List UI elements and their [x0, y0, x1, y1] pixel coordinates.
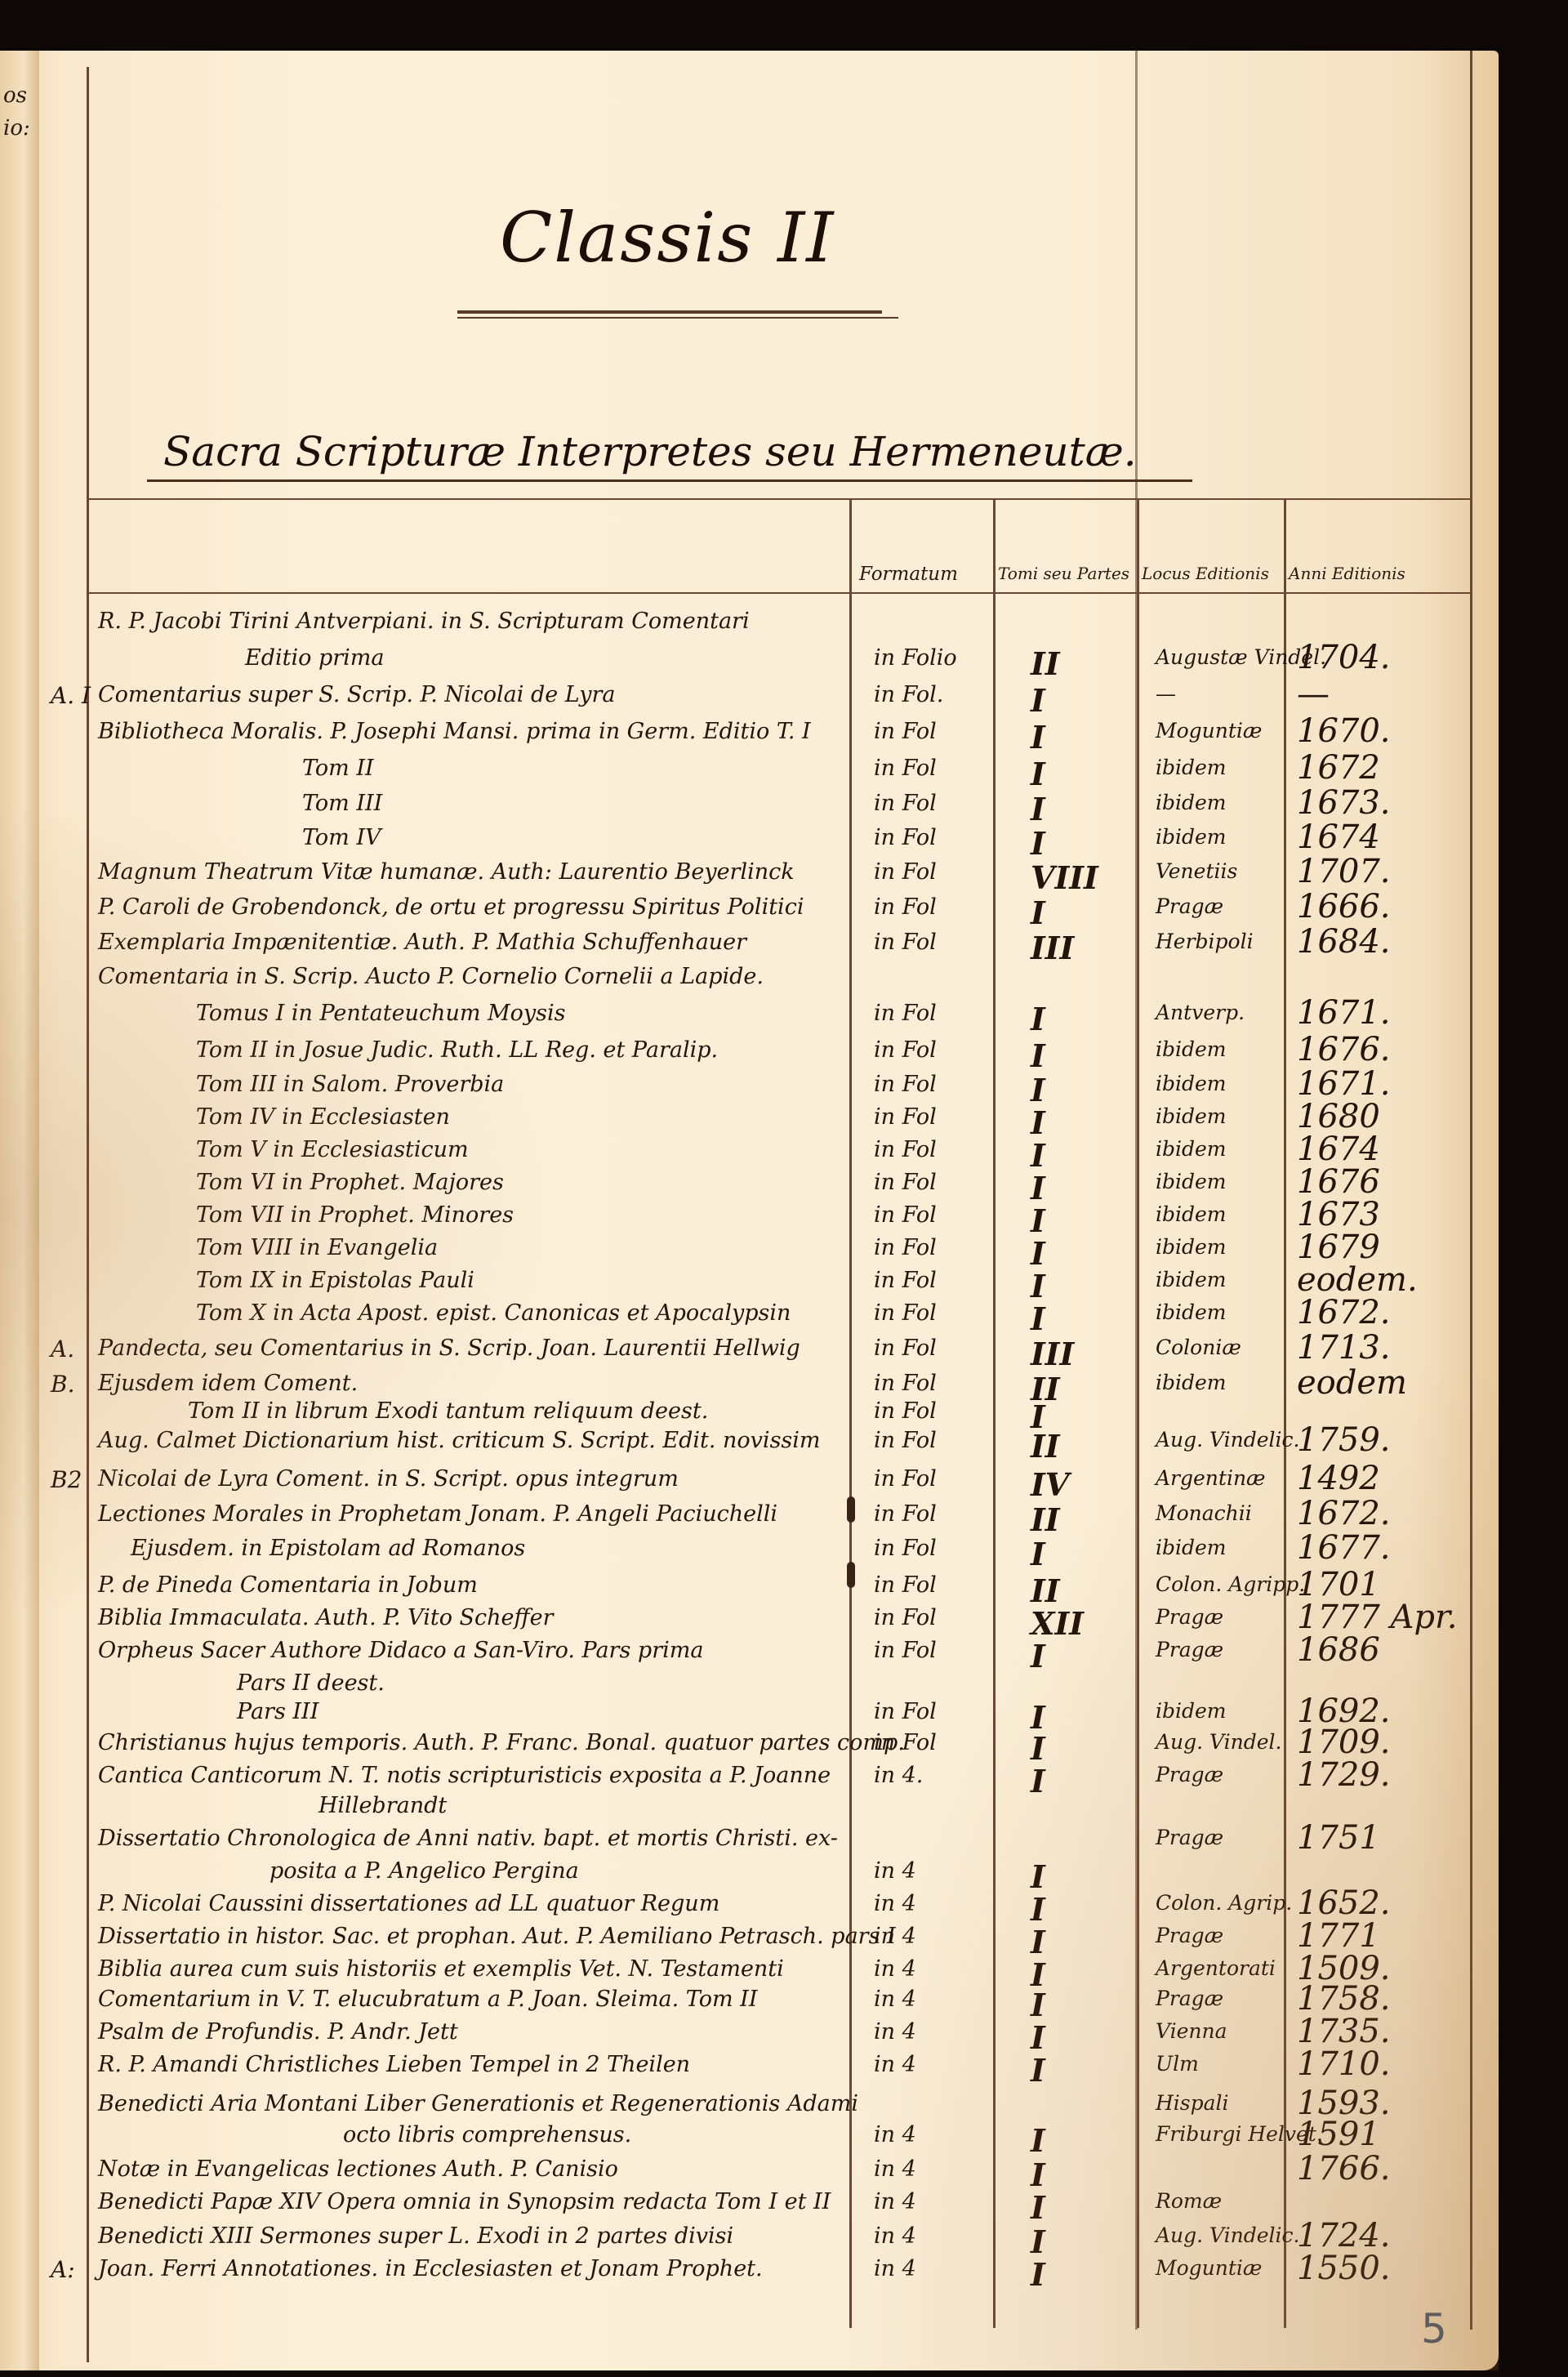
- entry-year: 1751: [1297, 1819, 1380, 1857]
- entry-locus: ibidem: [1156, 1202, 1227, 1226]
- entry-title: Magnum Theatrum Vitæ humanæ. Auth: Laure…: [98, 859, 795, 885]
- catalogue-row: Tom II in librum Exodi tantum reliquum d…: [0, 1398, 1499, 1431]
- catalogue-row: Tom IX in Epistolas Pauliin FolIibidemeo…: [0, 1268, 1499, 1300]
- entry-tomi: I: [1031, 682, 1045, 719]
- catalogue-row: Exemplaria Impænitentiæ. Auth. P. Mathia…: [0, 930, 1499, 962]
- entry-format: in Fol: [874, 1001, 937, 1026]
- entry-format: in Folio: [874, 645, 957, 671]
- entry-locus: ibidem: [1156, 1300, 1227, 1324]
- entry-locus: Aug. Vindel.: [1156, 1730, 1282, 1754]
- entry-tomi: II: [1031, 1501, 1060, 1538]
- entry-title: Christianus hujus temporis. Auth. P. Fra…: [98, 1730, 905, 1755]
- entry-title: Tom IX in Epistolas Pauli: [196, 1268, 474, 1293]
- entry-format: in 4: [874, 1858, 916, 1884]
- entry-tomi: I: [1031, 1858, 1045, 1895]
- entry-title: Pandecta, seu Comentarius in S. Scrip. J…: [98, 1336, 800, 1361]
- entry-year: 1492: [1297, 1460, 1380, 1497]
- entry-title: Tom II: [302, 756, 374, 781]
- header-bottom-rule: [87, 592, 1470, 594]
- entry-year: 1677.: [1297, 1529, 1391, 1567]
- entry-title: P. Caroli de Grobendonck, de ortu et pro…: [98, 894, 804, 920]
- page-number: 5: [1421, 2305, 1447, 2352]
- entry-format: in Fol: [874, 1730, 937, 1755]
- entry-tomi: I: [1031, 1987, 1045, 2023]
- entry-year: 1729.: [1297, 1756, 1391, 1794]
- catalogue-row: Bibliotheca Moralis. P. Josephi Mansi. p…: [0, 719, 1499, 751]
- entry-title: Notæ in Evangelicas lectiones Auth. P. C…: [98, 2156, 618, 2182]
- entry-tomi: I: [1031, 1924, 1045, 1960]
- entry-locus: Monachii: [1156, 1501, 1252, 1525]
- entry-title: Pars II deest.: [237, 1670, 385, 1696]
- column-header-annus: Anni Editionis: [1289, 564, 1405, 583]
- entry-tomi: I: [1031, 1638, 1045, 1675]
- margin-shelfmark: A:: [51, 2256, 75, 2283]
- entry-year: 1766.: [1297, 2150, 1391, 2187]
- entry-title: Lectiones Morales in Prophetam Jonam. P.…: [98, 1501, 777, 1527]
- catalogue-row: Tom VII in Prophet. Minoresin FolIibidem…: [0, 1202, 1499, 1235]
- catalogue-row: Biblia Immaculata. Auth. P. Vito Scheffe…: [0, 1605, 1499, 1638]
- entry-title: Pars III: [237, 1699, 318, 1724]
- entry-format: in 4: [874, 2223, 916, 2249]
- entry-locus: Colon. Agripp.: [1156, 1572, 1305, 1596]
- entry-format: in Fol: [874, 756, 937, 781]
- entry-title: Tom III in Salom. Proverbia: [196, 1072, 504, 1097]
- entry-tomi: II: [1031, 645, 1060, 682]
- classis-title: Classis II: [500, 198, 835, 278]
- entry-locus: ibidem: [1156, 1699, 1227, 1723]
- entry-format: in 4: [874, 1891, 916, 1916]
- entry-locus: Aug. Vindelic.: [1156, 2223, 1300, 2247]
- catalogue-row: P. de Pineda Comentaria in Jobumin FolII…: [0, 1572, 1499, 1605]
- header-top-rule: [87, 498, 1470, 500]
- manuscript-page: os io: Classis II Sacra Scripturæ Interp…: [0, 51, 1499, 2370]
- entry-tomi: I: [1031, 2052, 1045, 2089]
- entry-title: P. de Pineda Comentaria in Jobum: [98, 1572, 478, 1598]
- entry-tomi: I: [1031, 1202, 1045, 1239]
- entry-year: 1671.: [1297, 994, 1391, 1032]
- entry-title: Exemplaria Impænitentiæ. Auth. P. Mathia…: [98, 930, 746, 955]
- entry-title: octo libris comprehensus.: [343, 2122, 631, 2147]
- entry-title: Nicolai de Lyra Coment. in S. Script. op…: [98, 1466, 679, 1492]
- entry-year: 1550.: [1297, 2250, 1391, 2287]
- entry-tomi: I: [1031, 1730, 1045, 1767]
- section-subtitle: Sacra Scripturæ Interpretes seu Hermeneu…: [163, 428, 1137, 475]
- entry-year: 1672.: [1297, 1495, 1391, 1532]
- facing-page-fragment: os: [3, 83, 27, 108]
- entry-tomi: I: [1031, 719, 1045, 756]
- catalogue-row: Psalm de Profundis. P. Andr. Jettin 4IVi…: [0, 2019, 1499, 2052]
- entry-locus: Herbipoli: [1156, 930, 1254, 953]
- entry-locus: Antverp.: [1156, 1001, 1245, 1024]
- entry-format: in Fol: [874, 1699, 937, 1724]
- entry-locus: ibidem: [1156, 1536, 1227, 1559]
- entry-tomi: III: [1031, 930, 1074, 966]
- catalogue-row: Christianus hujus temporis. Auth. P. Fra…: [0, 1730, 1499, 1763]
- entry-locus: Argentinæ: [1156, 1466, 1266, 1490]
- entry-year: 1674: [1297, 818, 1380, 856]
- entry-format: in Fol: [874, 1037, 937, 1063]
- catalogue-row: A.Pandecta, seu Comentarius in S. Scrip.…: [0, 1336, 1499, 1368]
- catalogue-row: posita a P. Angelico Perginain 4I: [0, 1858, 1499, 1891]
- catalogue-row: Benedicti XIII Sermones super L. Exodi i…: [0, 2223, 1499, 2256]
- entry-locus: Coloniæ: [1156, 1336, 1241, 1359]
- entry-tomi: XII: [1031, 1605, 1084, 1642]
- entry-locus: ibidem: [1156, 1072, 1227, 1095]
- entry-title: Hillebrandt: [318, 1793, 447, 1818]
- catalogue-row: Pars IIIin FolIibidem1692.: [0, 1699, 1499, 1732]
- entry-format: in 4: [874, 2052, 916, 2077]
- entry-year: 1686: [1297, 1631, 1380, 1669]
- entry-locus: Pragæ: [1156, 1605, 1223, 1629]
- entry-title: Tom VII in Prophet. Minores: [196, 1202, 514, 1228]
- entry-format: in 4: [874, 1987, 916, 2012]
- title-underline: [457, 310, 882, 314]
- entry-locus: Colon. Agrip.: [1156, 1891, 1292, 1915]
- entry-tomi: I: [1031, 825, 1045, 862]
- entry-year: 1704.: [1297, 639, 1391, 676]
- catalogue-row: Tom X in Acta Apost. epist. Canonicas et…: [0, 1300, 1499, 1333]
- entry-format: in Fol: [874, 1072, 937, 1097]
- entry-tomi: I: [1031, 1170, 1045, 1206]
- entry-format: in 4.: [874, 1763, 923, 1788]
- catalogue-row: octo libris comprehensus.in 4IFriburgi H…: [0, 2122, 1499, 2155]
- entry-tomi: I: [1031, 1072, 1045, 1108]
- entry-tomi: I: [1031, 1300, 1045, 1337]
- entry-tomi: I: [1031, 2156, 1045, 2193]
- entry-locus: ibidem: [1156, 1268, 1227, 1291]
- entry-locus: ibidem: [1156, 1371, 1227, 1394]
- catalogue-row: Tom IIin FolIibidem1672: [0, 756, 1499, 788]
- catalogue-row: Lectiones Morales in Prophetam Jonam. P.…: [0, 1501, 1499, 1534]
- column-header-tomi: Tomi seu Partes: [998, 564, 1129, 583]
- entry-format: in Fol: [874, 1371, 937, 1396]
- entry-format: in Fol: [874, 791, 937, 816]
- entry-locus: Moguntiæ: [1156, 719, 1262, 743]
- entry-title: Aug. Calmet Dictionarium hist. criticum …: [98, 1428, 821, 1453]
- margin-shelfmark: A.: [51, 1336, 74, 1362]
- catalogue-row: Tom IVin FolIibidem1674: [0, 825, 1499, 858]
- entry-locus: Pragæ: [1156, 1763, 1223, 1786]
- entry-title: Tom VIII in Evangelia: [196, 1235, 438, 1260]
- entry-title: Tom III: [302, 791, 382, 816]
- entry-locus: Venetiis: [1156, 859, 1237, 883]
- entry-title: Tom VI in Prophet. Majores: [196, 1170, 504, 1195]
- entry-title: Orpheus Sacer Authore Didaco a San-Viro.…: [98, 1638, 703, 1663]
- entry-tomi: I: [1031, 1235, 1045, 1272]
- entry-title: P. Nicolai Caussini dissertationes ad LL…: [98, 1891, 719, 1916]
- catalogue-row: Benedicti Papæ XIV Opera omnia in Synops…: [0, 2189, 1499, 2222]
- entry-tomi: IV: [1031, 1466, 1069, 1503]
- catalogue-row: Tom IIIin FolIibidem1673.: [0, 791, 1499, 823]
- catalogue-row: Tomus I in Pentateuchum Moysisin FolIAnt…: [0, 1001, 1499, 1033]
- entry-format: in Fol.: [874, 682, 943, 707]
- entry-format: in 4: [874, 2256, 916, 2281]
- entry-tomi: I: [1031, 1037, 1045, 1074]
- entry-year: 1684.: [1297, 923, 1391, 961]
- entry-title: Benedicti Aria Montani Liber Generationi…: [98, 2091, 858, 2116]
- entry-tomi: III: [1031, 1336, 1074, 1372]
- entry-locus: ibidem: [1156, 1235, 1227, 1259]
- entry-title: Bibliotheca Moralis. P. Josephi Mansi. p…: [98, 719, 811, 744]
- entry-title: Comentarium in V. T. elucubratum a P. Jo…: [98, 1987, 758, 2012]
- entry-title: Dissertatio in histor. Sac. et prophan. …: [98, 1924, 896, 1949]
- entry-tomi: I: [1031, 791, 1045, 827]
- catalogue-row: Cantica Canticorum N. T. notis scripturi…: [0, 1763, 1499, 1795]
- entry-title: Benedicti Papæ XIV Opera omnia in Synops…: [98, 2189, 831, 2214]
- entry-locus: ibidem: [1156, 1037, 1227, 1061]
- entry-format: in Fol: [874, 894, 937, 920]
- entry-format: in Fol: [874, 1170, 937, 1195]
- entry-title: Tom II in librum Exodi tantum reliquum d…: [188, 1398, 708, 1424]
- entry-format: in Fol: [874, 825, 937, 850]
- entry-title: Comentaria in S. Scrip. Aucto P. Corneli…: [98, 964, 764, 989]
- entry-year: 1672.: [1297, 1294, 1391, 1331]
- entry-tomi: I: [1031, 1001, 1045, 1037]
- catalogue-row: Orpheus Sacer Authore Didaco a San-Viro.…: [0, 1638, 1499, 1670]
- entry-year: 1713.: [1297, 1329, 1391, 1367]
- entry-locus: —: [1156, 682, 1176, 706]
- entry-tomi: I: [1031, 1268, 1045, 1304]
- entry-title: Ejusdem idem Coment.: [98, 1371, 358, 1396]
- entry-locus: ibidem: [1156, 1137, 1227, 1161]
- entry-locus: Aug. Vindelic.: [1156, 1428, 1300, 1452]
- entry-locus: Moguntiæ: [1156, 2256, 1262, 2280]
- entry-locus: Vienna: [1156, 2019, 1227, 2043]
- entry-locus: Argentorati: [1156, 1956, 1276, 1980]
- entry-year: 1672: [1297, 749, 1380, 787]
- catalogue-row: Dissertatio in histor. Sac. et prophan. …: [0, 1924, 1499, 1956]
- catalogue-row: Magnum Theatrum Vitæ humanæ. Auth: Laure…: [0, 859, 1499, 892]
- entry-year: 1707.: [1297, 853, 1391, 890]
- entry-format: in 4: [874, 2156, 916, 2182]
- entry-format: in 4: [874, 1956, 916, 1982]
- entry-format: in Fol: [874, 1398, 937, 1424]
- entry-format: in Fol: [874, 1268, 937, 1293]
- entry-tomi: I: [1031, 756, 1045, 792]
- catalogue-row: B2Nicolai de Lyra Coment. in S. Script. …: [0, 1466, 1499, 1499]
- entry-title: Tom X in Acta Apost. epist. Canonicas et…: [196, 1300, 791, 1326]
- catalogue-row: A:Joan. Ferri Annotationes. in Ecclesias…: [0, 2256, 1499, 2289]
- catalogue-row: Benedicti Aria Montani Liber Generationi…: [0, 2091, 1499, 2124]
- entry-tomi: I: [1031, 1536, 1045, 1572]
- catalogue-row: Tom III in Salom. Proverbiain FolIibidem…: [0, 1072, 1499, 1104]
- entry-format: in Fol: [874, 1572, 937, 1598]
- catalogue-row: Comentarium in V. T. elucubratum a P. Jo…: [0, 1987, 1499, 2019]
- entry-format: in 4: [874, 2019, 916, 2045]
- entry-locus: ibidem: [1156, 825, 1227, 849]
- title-underline: [457, 317, 898, 319]
- entry-format: in Fol: [874, 1428, 937, 1453]
- entry-title: Benedicti XIII Sermones super L. Exodi i…: [98, 2223, 733, 2249]
- entry-locus: Ulm: [1156, 2052, 1199, 2076]
- catalogue-row: Comentaria in S. Scrip. Aucto P. Corneli…: [0, 964, 1499, 997]
- entry-tomi: I: [1031, 1891, 1045, 1928]
- catalogue-row: Tom VI in Prophet. Majoresin FolIibidem1…: [0, 1170, 1499, 1202]
- entry-title: Tom V in Ecclesiasticum: [196, 1137, 469, 1162]
- entry-format: in Fol: [874, 1104, 937, 1130]
- catalogue-row: Tom IV in Ecclesiastenin FolIibidem1680: [0, 1104, 1499, 1137]
- entry-tomi: I: [1031, 1137, 1045, 1174]
- entry-title: R. P. Jacobi Tirini Antverpiani. in S. S…: [98, 609, 750, 634]
- catalogue-row: Notæ in Evangelicas lectiones Auth. P. C…: [0, 2156, 1499, 2189]
- entry-format: in 4: [874, 2189, 916, 2214]
- entry-format: in Fol: [874, 930, 937, 955]
- subtitle-underline: [147, 479, 1192, 482]
- entry-year: 1673.: [1297, 784, 1391, 822]
- entry-title: Tom IV: [302, 825, 381, 850]
- entry-format: in Fol: [874, 1137, 937, 1162]
- entry-tomi: I: [1031, 2019, 1045, 2056]
- facing-page-fragment: io:: [3, 116, 30, 140]
- entry-tomi: II: [1031, 1572, 1060, 1609]
- catalogue-row: Ejusdem. in Epistolam ad Romanosin FolIi…: [0, 1536, 1499, 1568]
- column-header-locus: Locus Editionis: [1142, 564, 1269, 583]
- entry-format: in Fol: [874, 1300, 937, 1326]
- catalogue-row: P. Caroli de Grobendonck, de ortu et pro…: [0, 894, 1499, 927]
- entry-tomi: I: [1031, 2122, 1045, 2159]
- entry-title: Biblia Immaculata. Auth. P. Vito Scheffe…: [98, 1605, 554, 1630]
- catalogue-row: Tom VIII in Evangeliain FolIibidem1679: [0, 1235, 1499, 1268]
- catalogue-row: R. P. Jacobi Tirini Antverpiani. in S. S…: [0, 609, 1499, 641]
- entry-tomi: II: [1031, 1428, 1060, 1465]
- entry-format: in Fol: [874, 1235, 937, 1260]
- entry-locus: Pragæ: [1156, 1826, 1223, 1849]
- entry-format: in Fol: [874, 1202, 937, 1228]
- catalogue-row: Aug. Calmet Dictionarium hist. criticum …: [0, 1428, 1499, 1461]
- entry-title: Biblia aurea cum suis historiis et exemp…: [98, 1956, 784, 1982]
- entry-title: Dissertatio Chronologica de Anni nativ. …: [98, 1826, 838, 1851]
- entry-format: in Fol: [874, 859, 937, 885]
- entry-format: in Fol: [874, 1605, 937, 1630]
- entry-title: R. P. Amandi Christliches Lieben Tempel …: [98, 2052, 690, 2077]
- entry-tomi: I: [1031, 2189, 1045, 2226]
- catalogue-row: R. P. Amandi Christliches Lieben Tempel …: [0, 2052, 1499, 2085]
- entry-year: eodem: [1297, 1364, 1407, 1402]
- entry-title: Tomus I in Pentateuchum Moysis: [196, 1001, 566, 1026]
- catalogue-row: Tom II in Josue Judic. Ruth. LL Reg. et …: [0, 1037, 1499, 1070]
- entry-locus: ibidem: [1156, 1170, 1227, 1193]
- entry-title: Comentarius super S. Scrip. P. Nicolai d…: [98, 682, 616, 707]
- entry-format: in Fol: [874, 1501, 937, 1527]
- margin-shelfmark: A. I: [51, 682, 91, 709]
- entry-year: 1670.: [1297, 712, 1391, 750]
- entry-year: 1710.: [1297, 2045, 1391, 2083]
- entry-locus: ibidem: [1156, 791, 1227, 814]
- entry-title: Psalm de Profundis. P. Andr. Jett: [98, 2019, 458, 2045]
- catalogue-row: Hillebrandt: [0, 1793, 1499, 1826]
- entry-format: in 4: [874, 2122, 916, 2147]
- entry-tomi: I: [1031, 2223, 1045, 2260]
- margin-shelfmark: B2: [51, 1466, 82, 1493]
- entry-locus: Pragæ: [1156, 894, 1223, 918]
- catalogue-row: Biblia aurea cum suis historiis et exemp…: [0, 1956, 1499, 1989]
- entry-format: in Fol: [874, 1336, 937, 1361]
- entry-title: Joan. Ferri Annotationes. in Ecclesiaste…: [98, 2256, 763, 2281]
- entry-locus: Romæ: [1156, 2189, 1222, 2213]
- entry-year: 1591: [1297, 2116, 1380, 2153]
- entry-title: Tom II in Josue Judic. Ruth. LL Reg. et …: [196, 1037, 718, 1063]
- entry-format: in Fol: [874, 719, 937, 744]
- entry-tomi: I: [1031, 894, 1045, 931]
- entry-locus: Pragæ: [1156, 1638, 1223, 1661]
- entry-format: in 4: [874, 1924, 916, 1949]
- entry-locus: ibidem: [1156, 756, 1227, 779]
- entry-locus: Pragæ: [1156, 1924, 1223, 1947]
- catalogue-row: Dissertatio Chronologica de Anni nativ. …: [0, 1826, 1499, 1858]
- entry-locus: Hispali: [1156, 2091, 1229, 2115]
- entry-locus: Pragæ: [1156, 1987, 1223, 2010]
- entry-tomi: VIII: [1031, 859, 1098, 896]
- catalogue-row: Tom V in Ecclesiasticumin FolIibidem1674: [0, 1137, 1499, 1170]
- entry-year: 1759.: [1297, 1421, 1391, 1459]
- entry-locus: ibidem: [1156, 1104, 1227, 1128]
- entry-format: in Fol: [874, 1466, 937, 1492]
- entry-tomi: I: [1031, 2256, 1045, 2293]
- entry-title: posita a P. Angelico Pergina: [269, 1858, 579, 1884]
- entry-year: 1666.: [1297, 888, 1391, 925]
- entry-year: —: [1297, 676, 1330, 713]
- entry-format: in Fol: [874, 1536, 937, 1561]
- catalogue-row: A. IComentarius super S. Scrip. P. Nicol…: [0, 682, 1499, 715]
- entry-tomi: I: [1031, 1104, 1045, 1141]
- catalogue-row: Pars II deest.: [0, 1670, 1499, 1703]
- entry-format: in Fol: [874, 1638, 937, 1663]
- entry-title: Editio prima: [245, 645, 384, 671]
- entry-title: Ejusdem. in Epistolam ad Romanos: [131, 1536, 525, 1561]
- entry-title: Cantica Canticorum N. T. notis scripturi…: [98, 1763, 831, 1788]
- catalogue-row: Editio primain FolioIIAugustæ Vindel.170…: [0, 645, 1499, 678]
- entry-title: Tom IV in Ecclesiasten: [196, 1104, 450, 1130]
- margin-shelfmark: B.: [51, 1371, 74, 1398]
- entry-year: 1676.: [1297, 1031, 1391, 1068]
- column-header-format: Formatum: [859, 564, 958, 585]
- catalogue-row: P. Nicolai Caussini dissertationes ad LL…: [0, 1891, 1499, 1924]
